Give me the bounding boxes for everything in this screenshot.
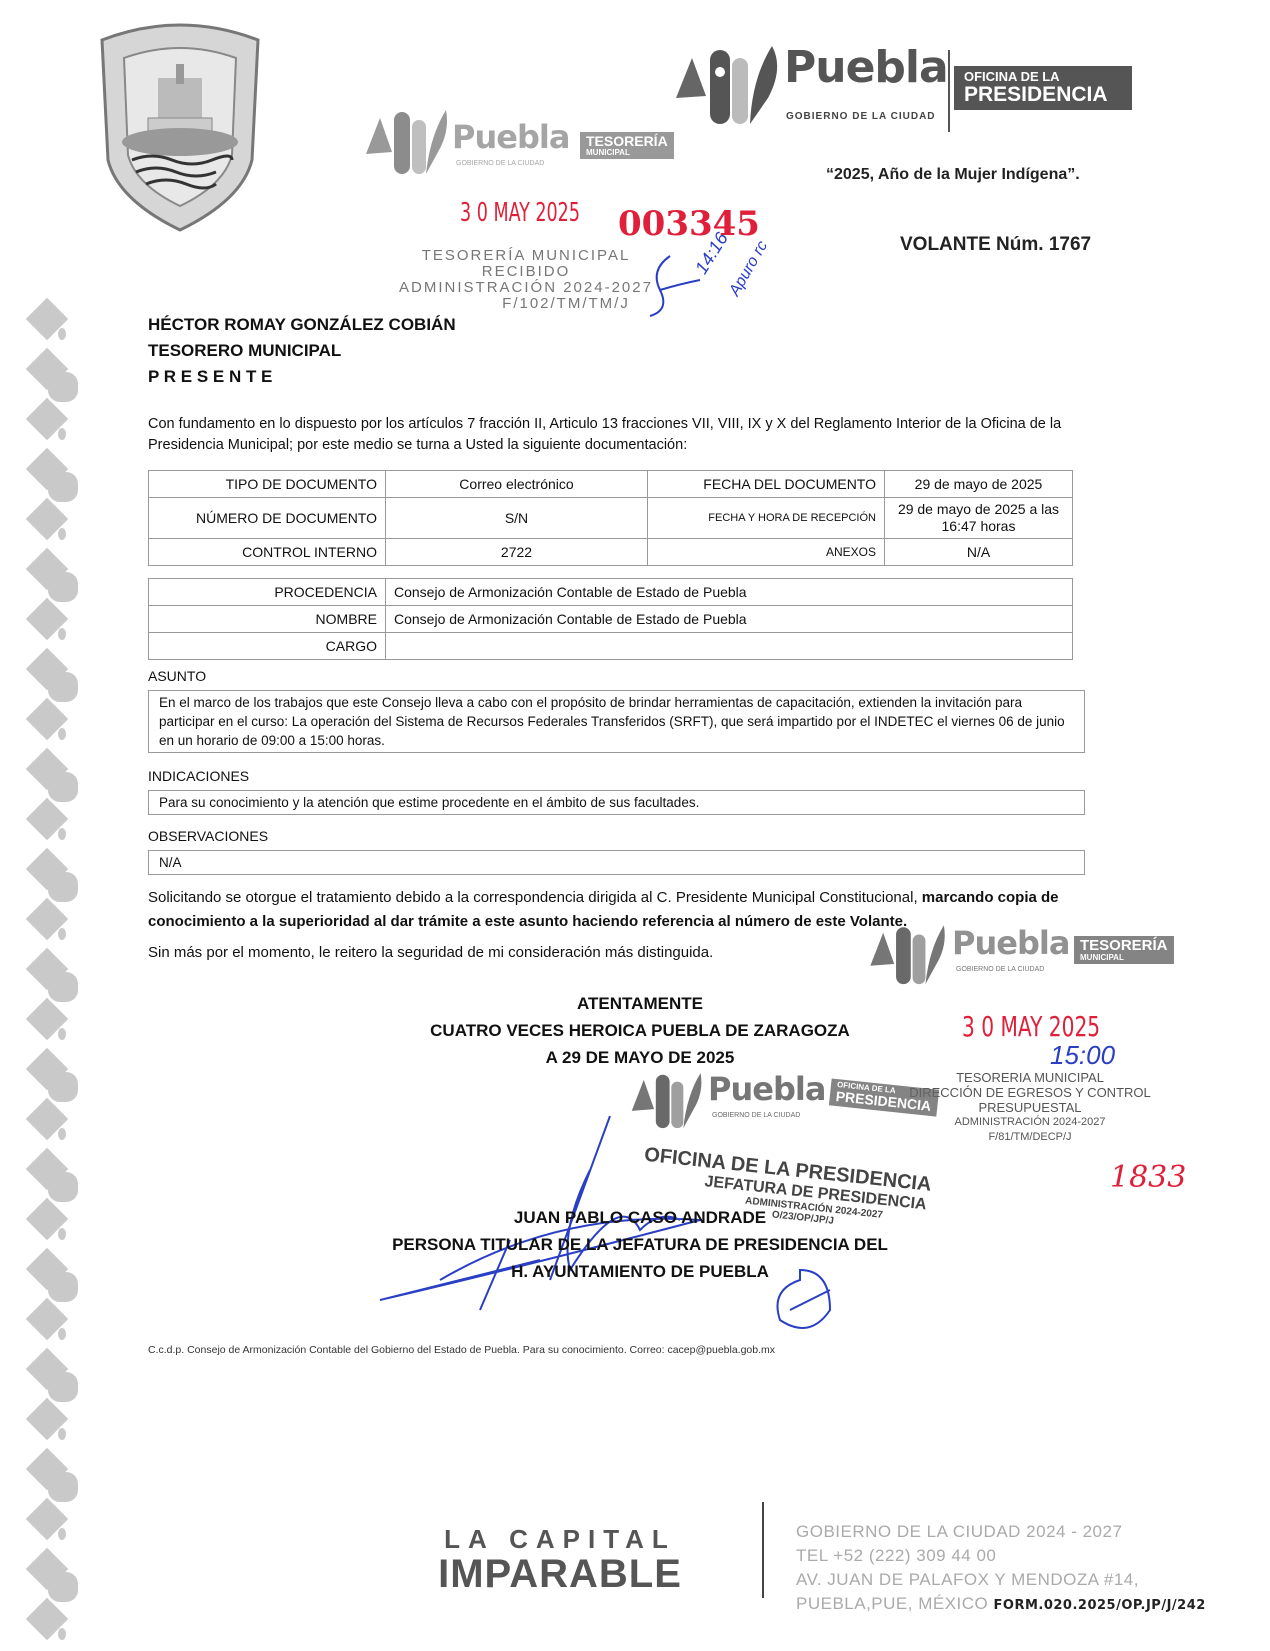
logo-divider bbox=[948, 50, 950, 132]
ornament-leaf-icon bbox=[58, 1028, 66, 1040]
stamp-logo-box: TESORERÍA MUNICIPAL bbox=[580, 132, 674, 159]
ornament-flower-icon bbox=[48, 1572, 78, 1602]
ccp-line: C.c.d.p. Consejo de Armonización Contabl… bbox=[148, 1344, 775, 1356]
observaciones-label: OBSERVACIONES bbox=[148, 828, 268, 844]
logo-office-line2: PRESIDENCIA bbox=[964, 84, 1122, 106]
recipient-name: HÉCTOR ROMAY GONZÁLEZ COBIÁN bbox=[148, 312, 456, 338]
table-label: NÚMERO DE DOCUMENTO bbox=[149, 498, 386, 539]
handwritten-time: 15:00 bbox=[1050, 1040, 1115, 1071]
tesoreria-logo-stamp-bottom: Puebla GOBIERNO DE LA CIUDAD TESORERÍA M… bbox=[868, 918, 1198, 988]
ornament-leaf-icon bbox=[58, 528, 66, 540]
ornament-leaf-icon bbox=[58, 1528, 66, 1540]
stamp-logo-box-sub: MUNICIPAL bbox=[586, 149, 668, 157]
year-motto: “2025, Año de la Mujer Indígena”. bbox=[826, 166, 1080, 184]
logo-office-box: OFICINA DE LA PRESIDENCIA bbox=[954, 66, 1132, 110]
ornamental-border bbox=[22, 300, 74, 1640]
stamp-logo-box-title: TESORERÍA bbox=[586, 134, 668, 149]
table-value: 2722 bbox=[386, 539, 648, 566]
ornament-flower-icon bbox=[48, 472, 78, 502]
brand-line2: IMPARABLE bbox=[410, 1555, 710, 1593]
observaciones-box: N/A bbox=[148, 850, 1085, 875]
volante-number: VOLANTE Núm. 1767 bbox=[900, 234, 1091, 256]
asunto-label: ASUNTO bbox=[148, 668, 206, 684]
table-label: CARGO bbox=[149, 633, 386, 660]
table-row: NÚMERO DE DOCUMENTO S/N FECHA Y HORA DE … bbox=[149, 498, 1073, 539]
stamp-logo-subtitle: GOBIERNO DE LA CIUDAD bbox=[956, 966, 1044, 973]
ornament-flower-icon bbox=[48, 972, 78, 1002]
asunto-box: En el marco de los trabajos que este Con… bbox=[148, 690, 1085, 753]
table-value: Correo electrónico bbox=[386, 471, 648, 498]
table-row: NOMBRE Consejo de Armonización Contable … bbox=[149, 606, 1073, 633]
puebla-emblem-icon bbox=[364, 102, 450, 176]
signatory-title: PERSONA TITULAR DE LA JEFATURA DE PRESID… bbox=[360, 1231, 920, 1258]
ornament-leaf-icon bbox=[58, 428, 66, 440]
stamp-logo-box-sub: MUNICIPAL bbox=[1080, 954, 1168, 962]
table-label: ANEXOS bbox=[648, 539, 885, 566]
ornament-leaf-icon bbox=[58, 1228, 66, 1240]
puebla-presidencia-logo: Puebla GOBIERNO DE LA CIUDAD OFICINA DE … bbox=[672, 38, 1172, 128]
ornament-flower-icon bbox=[48, 1472, 78, 1502]
indicaciones-box: Para su conocimiento y la atención que e… bbox=[148, 790, 1085, 815]
table-label: FECHA Y HORA DE RECEPCIÓN bbox=[648, 498, 885, 539]
ornament-leaf-icon bbox=[58, 1128, 66, 1140]
signature-heading: ATENTAMENTE CUATRO VECES HEROICA PUEBLA … bbox=[360, 990, 920, 1071]
table-label: CONTROL INTERNO bbox=[149, 539, 386, 566]
table-row: PROCEDENCIA Consejo de Armonización Cont… bbox=[149, 579, 1073, 606]
logo-wordmark: Puebla bbox=[784, 42, 948, 93]
ornament-flower-icon bbox=[48, 772, 78, 802]
brand-line1: LA CAPITAL bbox=[410, 1524, 710, 1555]
puebla-emblem-icon bbox=[868, 918, 948, 986]
table-row: TIPO DE DOCUMENTO Correo electrónico FEC… bbox=[149, 471, 1073, 498]
ornament-leaf-icon bbox=[58, 1628, 66, 1640]
table-value bbox=[386, 633, 1073, 660]
footer-contact: GOBIERNO DE LA CIUDAD 2024 - 2027 TEL +5… bbox=[796, 1520, 1206, 1618]
footer-contact-line: PUEBLA,PUE, MÉXICO bbox=[796, 1594, 988, 1613]
ornament-leaf-icon bbox=[58, 928, 66, 940]
table-label: TIPO DE DOCUMENTO bbox=[149, 471, 386, 498]
table-row: CARGO bbox=[149, 633, 1073, 660]
ornament-leaf-icon bbox=[58, 1428, 66, 1440]
form-code: FORM.020.2025/OP.JP/J/242 bbox=[994, 1598, 1206, 1613]
ornament-leaf-icon bbox=[58, 328, 66, 340]
recipient-presente: P R E S E N T E bbox=[148, 364, 456, 390]
signatory-title: H. AYUNTAMIENTO DE PUEBLA bbox=[360, 1258, 920, 1285]
signatory-block: JUAN PABLO CASO ANDRADE PERSONA TITULAR … bbox=[360, 1204, 920, 1285]
footer-divider bbox=[762, 1502, 764, 1598]
logo-office-line1: OFICINA DE LA bbox=[964, 70, 1122, 84]
la-capital-imparable-logo: LA CAPITAL IMPARABLE bbox=[410, 1524, 710, 1593]
footer-contact-line: GOBIERNO DE LA CIUDAD 2024 - 2027 bbox=[796, 1520, 1206, 1544]
city-name: CUATRO VECES HEROICA PUEBLA DE ZARAGOZA bbox=[360, 1017, 920, 1044]
table-value: N/A bbox=[885, 539, 1073, 566]
table-label: FECHA DEL DOCUMENTO bbox=[648, 471, 885, 498]
closing-text: Solicitando se otorgue el tratamiento de… bbox=[148, 889, 922, 906]
dept-folio-stamp: 1833 bbox=[1110, 1160, 1186, 1195]
stamp-logo-wordmark: Puebla bbox=[452, 118, 569, 156]
ornament-flower-icon bbox=[48, 1372, 78, 1402]
ornament-flower-icon bbox=[48, 1072, 78, 1102]
recipient-block: HÉCTOR ROMAY GONZÁLEZ COBIÁN TESORERO MU… bbox=[148, 312, 456, 390]
table-label: PROCEDENCIA bbox=[149, 579, 386, 606]
ornament-leaf-icon bbox=[58, 728, 66, 740]
document-info-table: TIPO DE DOCUMENTO Correo electrónico FEC… bbox=[148, 470, 1073, 566]
tesoreria-logo-stamp-top: Puebla GOBIERNO DE LA CIUDAD TESORERÍA M… bbox=[364, 102, 704, 178]
received-date-stamp: 3 0 MAY 2025 bbox=[460, 198, 580, 228]
stamp-logo-wordmark: Puebla bbox=[708, 1070, 825, 1108]
table-value: 29 de mayo de 2025 bbox=[885, 471, 1073, 498]
signatory-name: JUAN PABLO CASO ANDRADE bbox=[360, 1204, 920, 1231]
ornament-flower-icon bbox=[48, 372, 78, 402]
intro-paragraph: Con fundamento en lo dispuesto por los a… bbox=[148, 414, 1078, 456]
table-value: S/N bbox=[386, 498, 648, 539]
ornament-flower-icon bbox=[48, 1172, 78, 1202]
table-label: NOMBRE bbox=[149, 606, 386, 633]
stamp-logo-subtitle: GOBIERNO DE LA CIUDAD bbox=[456, 160, 544, 167]
dept-received-date-stamp: 3 0 MAY 2025 bbox=[962, 1010, 1100, 1043]
table-value: 29 de mayo de 2025 a las 16:47 horas bbox=[885, 498, 1073, 539]
sender-info-table: PROCEDENCIA Consejo de Armonización Cont… bbox=[148, 578, 1073, 660]
ornament-flower-icon bbox=[48, 1272, 78, 1302]
footer-contact-line: AV. JUAN DE PALAFOX Y MENDOZA #14, bbox=[796, 1568, 1206, 1592]
table-value: Consejo de Armonización Contable de Esta… bbox=[386, 579, 1073, 606]
table-value: Consejo de Armonización Contable de Esta… bbox=[386, 606, 1073, 633]
ornament-leaf-icon bbox=[58, 828, 66, 840]
footer-contact-line: TEL +52 (222) 309 44 00 bbox=[796, 1544, 1206, 1568]
ornament-flower-icon bbox=[48, 872, 78, 902]
stamp-logo-box-title: TESORERÍA bbox=[1080, 938, 1168, 954]
received-folio-stamp: 003345 bbox=[618, 204, 760, 244]
ornament-leaf-icon bbox=[58, 628, 66, 640]
city-crest-logo bbox=[92, 20, 268, 232]
ornament-flower-icon bbox=[48, 672, 78, 702]
stamp-line: RECIBIDO bbox=[396, 264, 656, 280]
stamp-logo-box: TESORERÍA MUNICIPAL bbox=[1074, 936, 1174, 964]
ornament-leaf-icon bbox=[58, 1328, 66, 1340]
ornament-flower-icon bbox=[48, 572, 78, 602]
atentamente: ATENTAMENTE bbox=[360, 990, 920, 1017]
recipient-title: TESORERO MUNICIPAL bbox=[148, 338, 456, 364]
tesoreria-recibido-stamp: TESORERÍA MUNICIPAL RECIBIDO ADMINISTRAC… bbox=[396, 248, 656, 312]
closing-salutation: Sin más por el momento, le reitero la se… bbox=[148, 944, 713, 961]
table-row: CONTROL INTERNO 2722 ANEXOS N/A bbox=[149, 539, 1073, 566]
stamp-line: TESORERÍA MUNICIPAL bbox=[396, 248, 656, 264]
stamp-logo-wordmark: Puebla bbox=[952, 924, 1069, 962]
stamp-line: ADMINISTRACIÓN 2024-2027 bbox=[396, 280, 656, 296]
stamp-line: F/102/TM/TM/J bbox=[396, 296, 656, 312]
indicaciones-label: INDICACIONES bbox=[148, 768, 249, 784]
logo-subtitle: GOBIERNO DE LA CIUDAD bbox=[786, 111, 936, 122]
